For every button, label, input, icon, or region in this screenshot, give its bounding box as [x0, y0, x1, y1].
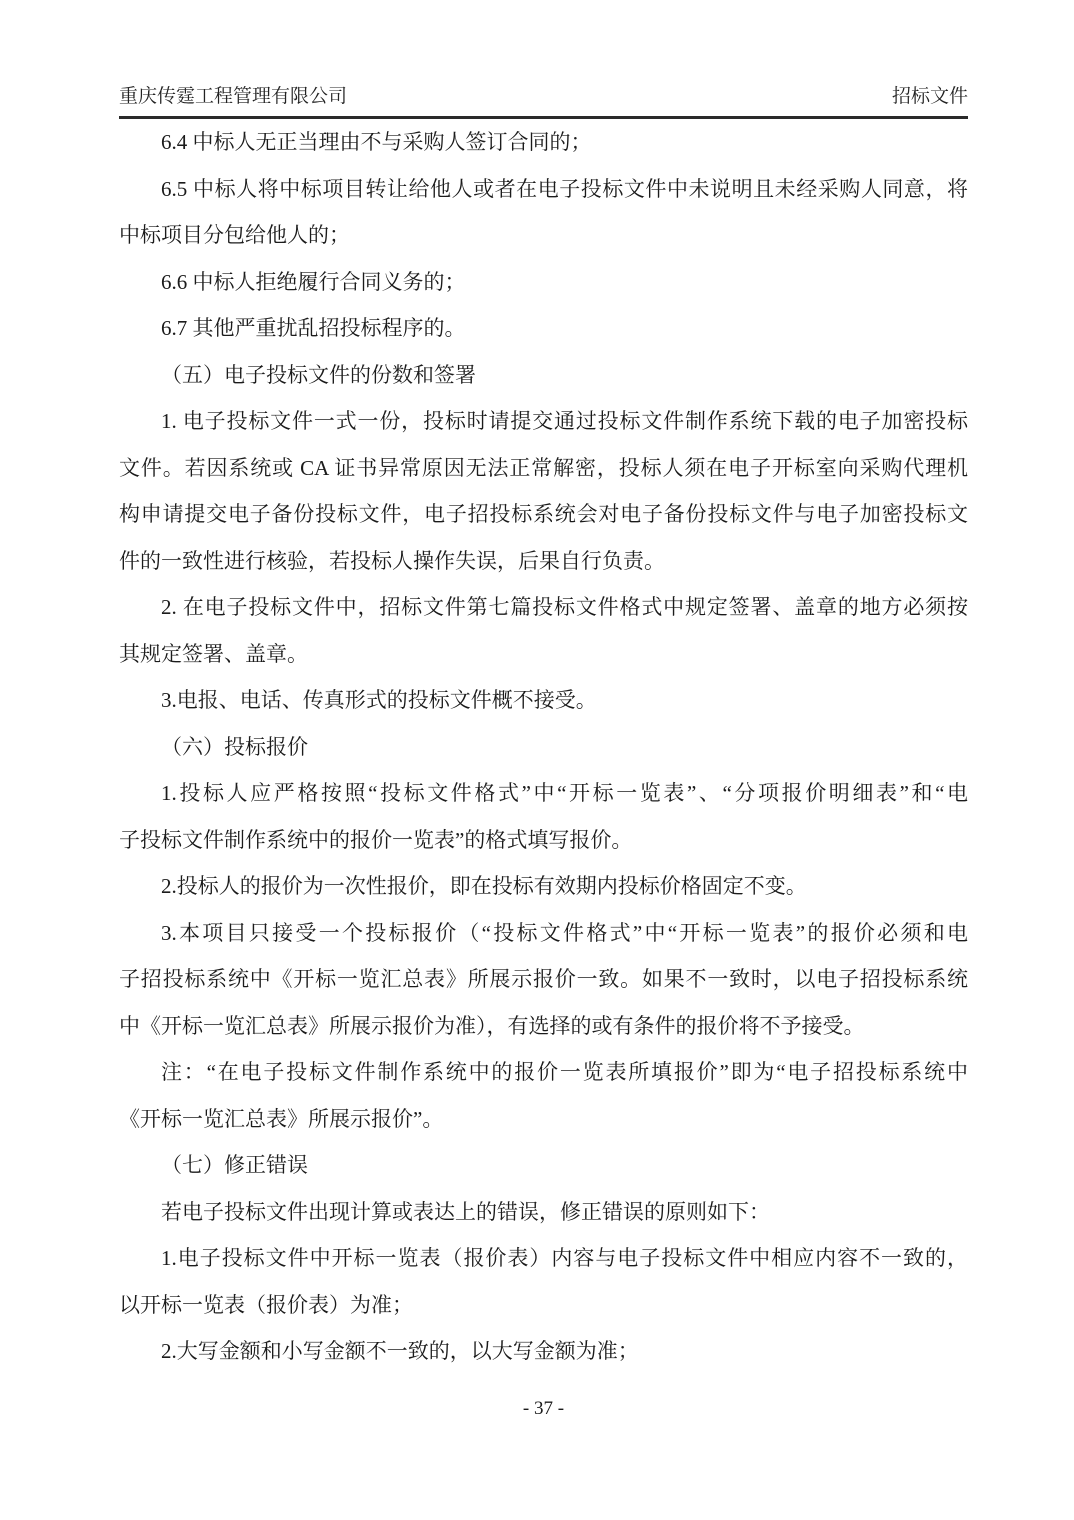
- text-line: 若电子投标文件出现计算或表达上的错误，修正错误的原则如下：: [119, 1189, 968, 1236]
- text-line: 6.4 中标人无正当理由不与采购人签订合同的；: [119, 119, 968, 166]
- text-line: 件的一致性进行核验，若投标人操作失误，后果自行负责。: [119, 538, 968, 585]
- text-line: 3.本项目只接受一个投标报价（“投标文件格式”中“开标一览表”的报价必须和电: [119, 910, 968, 957]
- text-line: 3.电报、电话、传真形式的投标文件概不接受。: [119, 677, 968, 724]
- text-line: 2.投标人的报价为一次性报价，即在投标有效期内投标价格固定不变。: [119, 863, 968, 910]
- page-number: - 37 -: [119, 1395, 968, 1423]
- text-line: 6.6 中标人拒绝履行合同义务的；: [119, 259, 968, 306]
- text-line: 《开标一览汇总表》所展示报价”。: [119, 1096, 968, 1143]
- header-company-name: 重庆传霆工程管理有限公司: [119, 86, 347, 107]
- text-line: 6.5 中标人将中标项目转让给他人或者在电子投标文件中未说明且未经采购人同意，将: [119, 166, 968, 213]
- text-line: 构申请提交电子备份投标文件，电子招投标系统会对电子备份投标文件与电子加密投标文: [119, 491, 968, 538]
- text-line: （五）电子投标文件的份数和签署: [119, 352, 968, 399]
- text-line: 中《开标一览汇总表》所展示报价为准），有选择的或有条件的报价将不予接受。: [119, 1003, 968, 1050]
- text-line: 2.大写金额和小写金额不一致的，以大写金额为准；: [119, 1328, 968, 1375]
- document-page: 重庆传霆工程管理有限公司 招标文件 6.4 中标人无正当理由不与采购人签订合同的…: [0, 0, 1074, 1520]
- text-line: （七）修正错误: [119, 1142, 968, 1189]
- header-doc-type: 招标文件: [892, 86, 968, 107]
- text-line: 其规定签署、盖章。: [119, 631, 968, 678]
- text-line: 2. 在电子投标文件中，招标文件第七篇投标文件格式中规定签署、盖章的地方必须按: [119, 584, 968, 631]
- text-line: 6.7 其他严重扰乱招投标程序的。: [119, 305, 968, 352]
- page-header: 重庆传霆工程管理有限公司 招标文件: [119, 0, 968, 119]
- text-line: 1. 电子投标文件一式一份，投标时请提交通过投标文件制作系统下载的电子加密投标: [119, 398, 968, 445]
- text-line: 子招投标系统中《开标一览汇总表》所展示报价一致。如果不一致时，以电子招投标系统: [119, 956, 968, 1003]
- text-line: 中标项目分包给他人的；: [119, 212, 968, 259]
- text-line: 以开标一览表（报价表）为准；: [119, 1282, 968, 1329]
- text-line: （六）投标报价: [119, 724, 968, 771]
- document-body: 6.4 中标人无正当理由不与采购人签订合同的；6.5 中标人将中标项目转让给他人…: [119, 119, 968, 1375]
- text-line: 子投标文件制作系统中的报价一览表”的格式填写报价。: [119, 817, 968, 864]
- text-line: 1.投标人应严格按照“投标文件格式”中“开标一览表”、“分项报价明细表”和“电: [119, 770, 968, 817]
- text-line: 文件。若因系统或 CA 证书异常原因无法正常解密，投标人须在电子开标室向采购代理…: [119, 445, 968, 492]
- text-line: 注：“在电子投标文件制作系统中的报价一览表所填报价”即为“电子招投标系统中: [119, 1049, 968, 1096]
- text-line: 1.电子投标文件中开标一览表（报价表）内容与电子投标文件中相应内容不一致的，: [119, 1235, 968, 1282]
